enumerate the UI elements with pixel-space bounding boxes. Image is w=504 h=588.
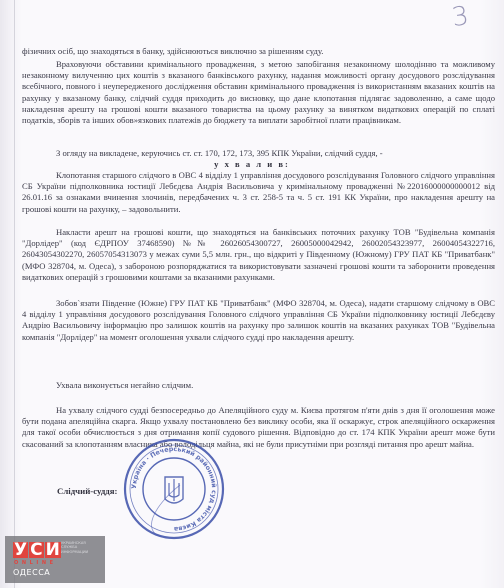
paragraph-grant-motion: Клопотання старшого слідчого в ОВС 4 від… — [22, 170, 495, 215]
paragraph-reasoning: Враховуючи обставини кримінального прова… — [22, 59, 495, 126]
paragraph-bank-obligation: Зобов`язати Південне (Южне) ГРУ ПАТ КБ "… — [22, 298, 495, 343]
usi-online-odessa-logo: УСИ УКРАИНСКАЯ СЛУЖБА ИНФОРМАЦИИ ONLINE … — [5, 536, 105, 583]
handwritten-page-number: 3 — [450, 1, 471, 33]
page-edge-shadow — [14, 0, 15, 588]
logo-online: ONLINE — [14, 560, 57, 566]
paragraph-appeal: На ухвалу слідчого судді безпосередньо д… — [22, 405, 495, 450]
logo-tagline: УКРАИНСКАЯ СЛУЖБА ИНФОРМАЦИИ — [61, 541, 88, 554]
logo-city: ОДЕССА — [13, 568, 50, 577]
court-seal-stamp: Україна · Печерський районний суд міста … — [122, 437, 226, 541]
logo-letters: УСИ — [13, 540, 62, 560]
paragraph-legal-basis: З огляду на викладене, керуючись ст. ст.… — [22, 148, 495, 159]
document-page: 3 фізичних осіб, що знаходяться в банку,… — [0, 0, 504, 588]
signature-label: Слідчий-суддя: — [57, 486, 117, 496]
paragraph-continuation: фізичних осіб, що знаходяться в банку, з… — [22, 46, 495, 57]
paragraph-execution: Ухвала виконується негайно слідчим. — [22, 380, 495, 391]
ruling-heading: у х в а л и в: — [0, 159, 504, 169]
paragraph-seize-funds: Накласти арешт на грошові кошти, що знах… — [22, 227, 495, 283]
